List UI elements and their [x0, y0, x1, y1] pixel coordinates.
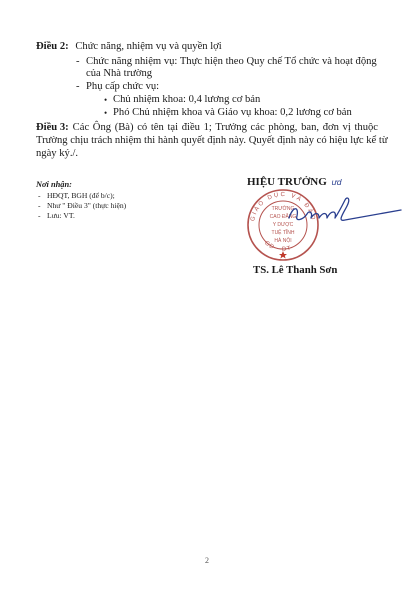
- signer-name: TS. Lê Thanh Sơn: [253, 264, 337, 276]
- signature-title-text: HIỆU TRƯỞNG: [247, 176, 327, 188]
- allowance-item: Chủ nhiệm khoa: 0,4 lương cơ bản: [113, 94, 260, 106]
- article2-label: Điều 2:: [36, 41, 69, 52]
- bullet-marker: •: [104, 107, 107, 119]
- allowance-item: Phó Chủ nhiệm khoa và Giáo vụ khoa: 0,2 …: [113, 107, 352, 119]
- recipient-marker: -: [38, 201, 41, 211]
- article2-heading: Điều 2: Chức năng, nhiệm vụ và quyền lợi: [36, 41, 222, 53]
- article2-title: Chức năng, nhiệm vụ và quyền lợi: [75, 41, 221, 52]
- article3-text-line3: ngày ký./.: [36, 148, 78, 160]
- signature-icon: [285, 196, 405, 230]
- recipients-title: Nơi nhận:: [36, 180, 72, 190]
- allowance-heading: Phụ cấp chức vụ:: [86, 81, 159, 93]
- signature-title: HIỆU TRƯỞNG ưd: [247, 176, 342, 188]
- document-page: Điều 2: Chức năng, nhiệm vụ và quyền lợi…: [0, 0, 417, 600]
- article3-text-line2: Trường chịu trách nhiệm thi hành quyết đ…: [36, 135, 388, 147]
- article3-text-line1: Các Ông (Bà) có tên tại điều 1; Trưởng c…: [73, 122, 378, 134]
- recipient-marker: -: [38, 211, 41, 221]
- svg-text:HÀ NỘI: HÀ NỘI: [274, 237, 291, 244]
- recipient-item: Lưu: VT.: [47, 211, 75, 221]
- initials-mark: ưd: [332, 178, 342, 187]
- recipient-item: HĐQT, BGH (để b/c);: [47, 191, 115, 201]
- page-number: 2: [205, 556, 209, 565]
- recipient-item: Như " Điều 3" (thực hiện): [47, 201, 126, 211]
- dash-marker: -: [76, 56, 80, 68]
- recipient-marker: -: [38, 191, 41, 201]
- duty-text-line2: của Nhà trường: [86, 68, 152, 80]
- dash-marker: -: [76, 81, 80, 93]
- duty-text-line1: Chức năng nhiệm vụ: Thực hiện theo Quy c…: [86, 56, 377, 68]
- article3-line1: Điều 3: Các Ông (Bà) có tên tại điều 1; …: [36, 122, 378, 134]
- article3-label: Điều 3:: [36, 122, 69, 134]
- bullet-marker: •: [104, 94, 107, 106]
